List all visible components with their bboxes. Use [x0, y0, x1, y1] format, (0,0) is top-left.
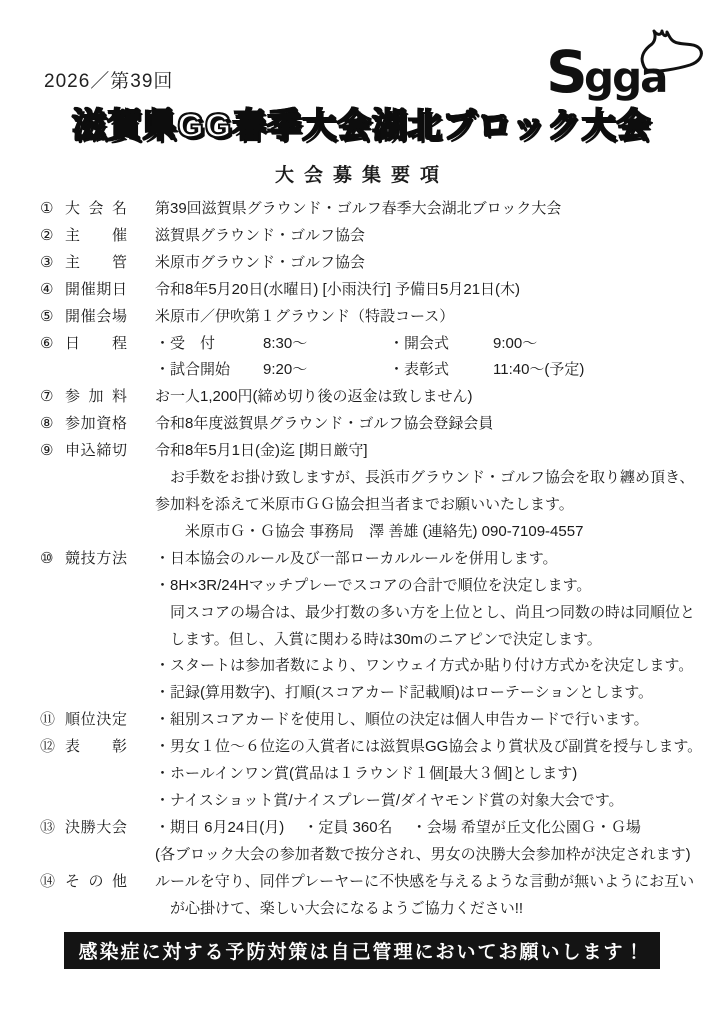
- item-number: ⑩: [40, 546, 65, 573]
- item-number: ①: [40, 196, 65, 223]
- item-row: ⑦ 参加料 お一人1,200円(締め切り後の返金は致しません): [40, 384, 698, 411]
- item-number: ④: [40, 277, 65, 304]
- footer-banner-text: 感染症に対する予防対策は自己管理においてお願いします！: [78, 937, 645, 964]
- item-label: 表彰: [65, 734, 127, 761]
- item-content: 第39回滋賀県グラウンド・ゴルフ春季大会湖北ブロック大会: [155, 196, 698, 223]
- item-row: ⑧ 参加資格 令和8年度滋賀県グラウンド・ゴルフ協会登録会員: [40, 411, 698, 438]
- item-line: ・組別スコアカードを使用し、順位の決定は個人申告カードで行います。: [155, 707, 698, 734]
- item-number: ③: [40, 250, 65, 277]
- sgga-logo-graphic: S gga: [544, 28, 712, 108]
- item-line: お手数をお掛け致しますが、長浜市グラウンド・ゴルフ協会を取り纏め頂き、: [155, 465, 698, 492]
- schedule-cell: 9:20～: [263, 357, 389, 384]
- item-line: 第39回滋賀県グラウンド・ゴルフ春季大会湖北ブロック大会: [155, 196, 698, 223]
- item-line: (各ブロック大会の参加者数で按分され、男女の決勝大会参加枠が決定されます): [155, 842, 698, 869]
- schedule-cell: 9:00～: [493, 331, 537, 358]
- item-content: ・男女１位～６位迄の入賞者には滋賀県GG協会より賞状及び副賞を授与します。・ホー…: [155, 734, 698, 815]
- item-label: 参加資格: [65, 411, 127, 438]
- item-row: ③ 主管 米原市グラウンド・ゴルフ協会: [40, 250, 698, 277]
- item-line: 滋賀県グラウンド・ゴルフ協会: [155, 223, 698, 250]
- item-label: 開催期日: [65, 277, 127, 304]
- item-content: 令和8年5月20日(水曜日) [小雨決行] 予備日5月21日(木): [155, 277, 698, 304]
- sgga-wordmark-S: S: [546, 38, 588, 106]
- item-line: ・期日 6月24日(月) ・定員 360名 ・会場 希望が丘文化公園Ｇ・Ｇ場: [155, 815, 698, 842]
- item-label: その他: [65, 869, 127, 896]
- item-content: ・組別スコアカードを使用し、順位の決定は個人申告カードで行います。: [155, 707, 698, 734]
- item-row: ⑨ 申込締切 令和8年5月1日(金)迄 [期日厳守] お手数をお掛け致しますが、…: [40, 438, 698, 546]
- document-page: 2026／第39回 S gga 滋賀県GG春季大会湖北ブロック大会 大会募集要項…: [0, 0, 724, 1024]
- schedule-cell: ・開会式: [389, 331, 493, 358]
- item-label: 申込締切: [65, 438, 127, 465]
- schedule-cell: ・表彰式: [389, 357, 493, 384]
- item-line: 米原市Ｇ・Ｇ協会 事務局 澤 善雄 (連絡先) 090-7109-4557: [155, 519, 698, 546]
- sgga-wordmark-gga: gga: [584, 53, 666, 102]
- item-content: 滋賀県グラウンド・ゴルフ協会: [155, 223, 698, 250]
- item-label: 決勝大会: [65, 815, 127, 842]
- schedule-cell: 8:30～: [263, 331, 389, 358]
- item-line: 参加料を添えて米原市ＧＧ協会担当者までお願いいたします。: [155, 492, 698, 519]
- item-row: ⑤ 開催会場 米原市／伊吹第１グラウンド（特設コース）: [40, 304, 698, 331]
- document-title: 滋賀県GG春季大会湖北ブロック大会: [0, 98, 724, 147]
- item-number: ⑧: [40, 411, 65, 438]
- item-line: ・スタートは参加者数により、ワンウェイ方式か貼り付け方式かを決定します。: [155, 653, 698, 680]
- item-line: ・記録(算用数字)、打順(スコアカード記載順)はローテーションとします。: [155, 680, 698, 707]
- item-content: ・期日 6月24日(月) ・定員 360名 ・会場 希望が丘文化公園Ｇ・Ｇ場(各…: [155, 815, 698, 869]
- document-subtitle: 大会募集要項: [0, 160, 724, 187]
- item-number: ⑪: [40, 707, 65, 734]
- item-number: ⑤: [40, 304, 65, 331]
- items-list: ① 大会名 第39回滋賀県グラウンド・ゴルフ春季大会湖北ブロック大会 ② 主催 …: [40, 196, 698, 922]
- item-line: 米原市グラウンド・ゴルフ協会: [155, 250, 698, 277]
- item-number: ⑬: [40, 815, 65, 842]
- item-content: 米原市グラウンド・ゴルフ協会: [155, 250, 698, 277]
- item-line: ・試合開始9:20～・表彰式11:40～(予定): [155, 357, 698, 384]
- item-label: 参加料: [65, 384, 127, 411]
- edition-text: 2026／第39回: [44, 66, 173, 93]
- schedule-cell: 11:40～(予定): [493, 357, 584, 384]
- item-line: ルールを守り、同伴プレーヤーに不快感を与えるような言動が無いようにお互い: [155, 869, 698, 896]
- item-number: ⑥: [40, 331, 65, 358]
- item-line: ・ナイスショット賞/ナイスプレー賞/ダイヤモンド賞の対象大会です。: [155, 788, 698, 815]
- item-row: ⑫ 表彰 ・男女１位～６位迄の入賞者には滋賀県GG協会より賞状及び副賞を授与しま…: [40, 734, 698, 815]
- item-label: 競技方法: [65, 546, 127, 573]
- item-label: 主管: [65, 250, 127, 277]
- item-row: ④ 開催期日 令和8年5月20日(水曜日) [小雨決行] 予備日5月21日(木): [40, 277, 698, 304]
- schedule-cell: ・受 付: [155, 331, 263, 358]
- item-number: ⑫: [40, 734, 65, 761]
- item-content: ・日本協会のルール及び一部ローカルルールを併用します。・8H×3R/24Hマッチ…: [155, 546, 698, 707]
- item-row: ⑪ 順位決定 ・組別スコアカードを使用し、順位の決定は個人申告カードで行います。: [40, 707, 698, 734]
- item-line: ・受 付8:30～・開会式9:00～: [155, 331, 698, 358]
- item-content: ・受 付8:30～・開会式9:00～・試合開始9:20～・表彰式11:40～(予…: [155, 331, 698, 385]
- item-content: 令和8年5月1日(金)迄 [期日厳守] お手数をお掛け致しますが、長浜市グラウン…: [155, 438, 698, 546]
- footer-banner: 感染症に対する予防対策は自己管理においてお願いします！: [64, 932, 660, 969]
- item-line: 令和8年5月1日(金)迄 [期日厳守]: [155, 438, 698, 465]
- item-content: お一人1,200円(締め切り後の返金は致しません): [155, 384, 698, 411]
- sgga-logo: S gga: [544, 28, 712, 108]
- item-label: 大会名: [65, 196, 127, 223]
- item-number: ②: [40, 223, 65, 250]
- item-line: 同スコアの場合は、最少打数の多い方を上位とし、尚且つ同数の時は同順位と: [155, 600, 698, 627]
- item-content: ルールを守り、同伴プレーヤーに不快感を与えるような言動が無いようにお互い が心掛…: [155, 869, 698, 923]
- item-row: ① 大会名 第39回滋賀県グラウンド・ゴルフ春季大会湖北ブロック大会: [40, 196, 698, 223]
- item-line: ・ホールインワン賞(賞品は１ラウンド１個[最大３個]とします): [155, 761, 698, 788]
- item-line: ・日本協会のルール及び一部ローカルルールを併用します。: [155, 546, 698, 573]
- item-line: ・男女１位～６位迄の入賞者には滋賀県GG協会より賞状及び副賞を授与します。: [155, 734, 698, 761]
- item-label: 主催: [65, 223, 127, 250]
- item-line: ・8H×3R/24Hマッチプレーでスコアの合計で順位を決定します。: [155, 573, 698, 600]
- item-line: 米原市／伊吹第１グラウンド（特設コース）: [155, 304, 698, 331]
- item-row: ⑩ 競技方法 ・日本協会のルール及び一部ローカルルールを併用します。・8H×3R…: [40, 546, 698, 707]
- item-row: ⑬ 決勝大会 ・期日 6月24日(月) ・定員 360名 ・会場 希望が丘文化公…: [40, 815, 698, 869]
- item-line: します。但し、入賞に関わる時は30mのニアピンで決定します。: [155, 627, 698, 654]
- item-line: お一人1,200円(締め切り後の返金は致しません): [155, 384, 698, 411]
- item-number: ⑭: [40, 869, 65, 896]
- item-line: 令和8年5月20日(水曜日) [小雨決行] 予備日5月21日(木): [155, 277, 698, 304]
- item-content: 米原市／伊吹第１グラウンド（特設コース）: [155, 304, 698, 331]
- item-label: 日程: [65, 331, 127, 358]
- item-content: 令和8年度滋賀県グラウンド・ゴルフ協会登録会員: [155, 411, 698, 438]
- item-row: ⑥ 日程 ・受 付8:30～・開会式9:00～・試合開始9:20～・表彰式11:…: [40, 331, 698, 385]
- item-label: 開催会場: [65, 304, 127, 331]
- item-number: ⑨: [40, 438, 65, 465]
- item-number: ⑦: [40, 384, 65, 411]
- item-row: ⑭ その他 ルールを守り、同伴プレーヤーに不快感を与えるような言動が無いようにお…: [40, 869, 698, 923]
- item-label: 順位決定: [65, 707, 127, 734]
- item-line: が心掛けて、楽しい大会になるようご協力ください!!: [155, 896, 698, 923]
- item-row: ② 主催 滋賀県グラウンド・ゴルフ協会: [40, 223, 698, 250]
- item-line: 令和8年度滋賀県グラウンド・ゴルフ協会登録会員: [155, 411, 698, 438]
- schedule-cell: ・試合開始: [155, 357, 263, 384]
